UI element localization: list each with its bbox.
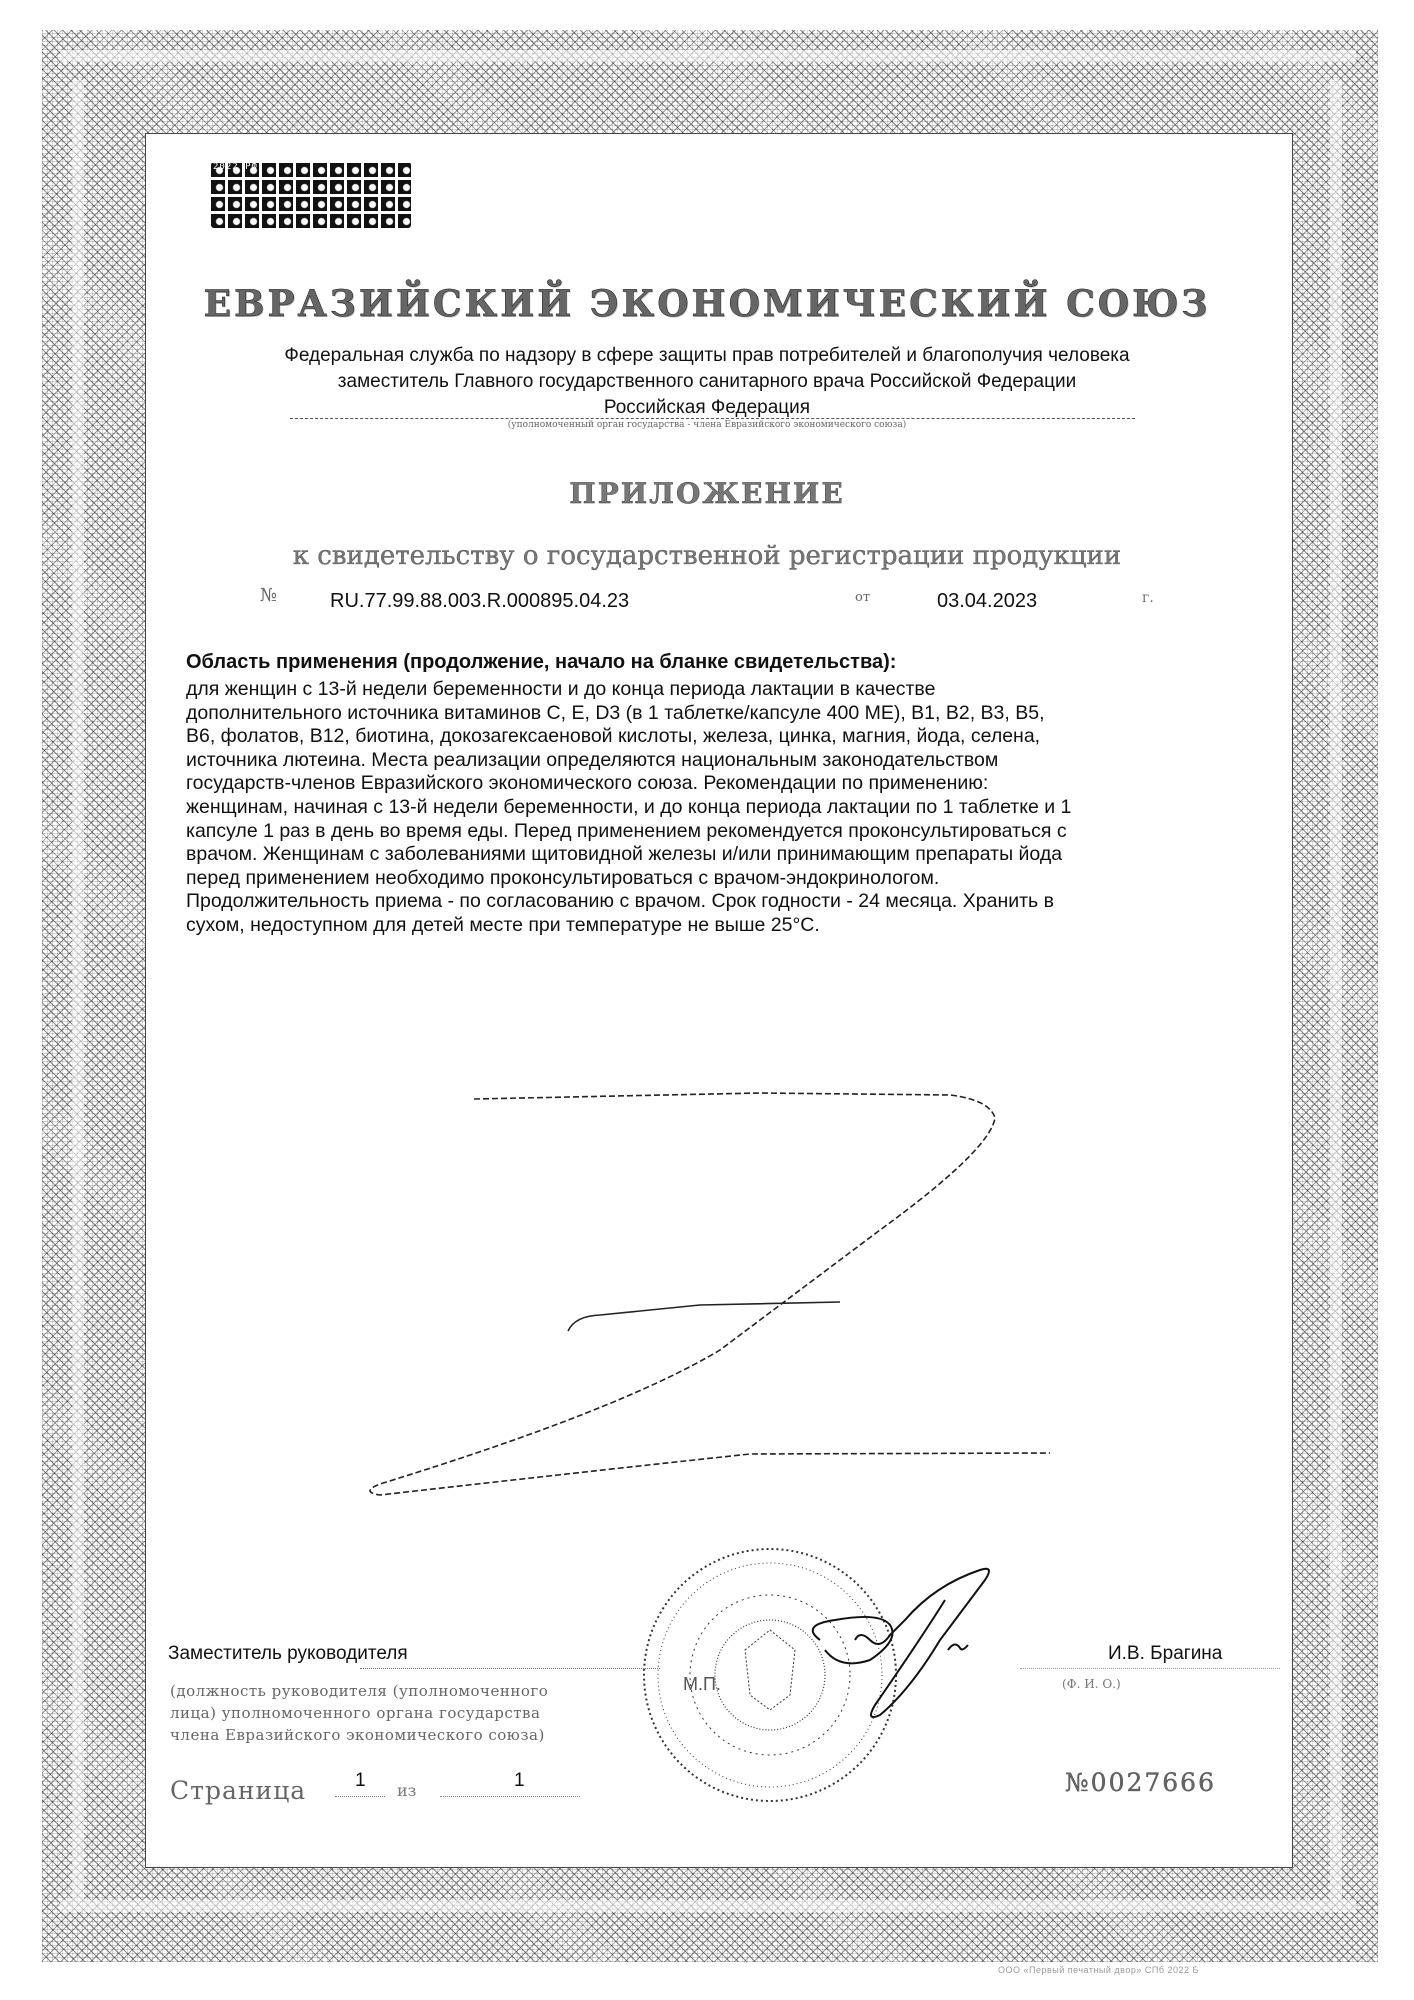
printer-imprint: ООО «Первый печатный двор» СПб 2022 Б [998,1965,1199,1975]
signer-position: Заместитель руководителя [168,1643,408,1665]
form-serial-number: №0027666 [1065,1768,1216,1797]
scope-line: капсуле 1 раз в день во время еды. Перед… [186,820,1266,844]
position-caption-line: члена Евразийского экономического союза) [170,1724,548,1746]
registration-number-label: № [260,585,277,606]
scope-line: перед применением необходимо проконсульт… [186,867,1266,891]
position-caption-line: лица) уполномоченного органа государства [170,1702,548,1724]
agency-name: Федеральная служба по надзору в сфере за… [0,345,1414,367]
scope-line: Продолжительность приема - по согласован… [186,890,1266,914]
year-suffix: г. [1142,590,1154,606]
page-total-underline [440,1796,580,1797]
agency-country: Российская Федерация [0,397,1414,419]
border-band-bottom [60,1900,1356,1912]
document-sheet [145,133,1293,1868]
registration-number: RU.77.99.88.003.R.000895.04.23 [330,590,629,613]
page-current: 1 [355,1770,366,1792]
signer-name: И.В. Брагина [1108,1643,1222,1665]
name-caption: (Ф. И. О.) [1062,1677,1121,1691]
registration-date-label: от [855,590,870,605]
agency-caption: (уполномоченный орган государства - член… [0,420,1414,430]
agency-official: заместитель Главного государственного са… [0,371,1414,393]
agency-underline [290,418,1135,419]
registration-date: 03.04.2023 [937,590,1037,613]
name-underline [1020,1668,1280,1669]
scope-line: В6, фолатов, В12, биотина, докозагексаен… [186,725,1266,749]
scope-line: источника лютеина. Места реализации опре… [186,749,1266,773]
scope-line: врачом. Женщинам с заболеваниями щитовид… [186,843,1266,867]
page-of-label: из [397,1781,416,1800]
page-total: 1 [514,1770,525,1792]
scope-body: для женщин с 13-й недели беременности и … [186,678,1266,938]
page-current-underline [335,1796,385,1797]
scope-line: дополнительного источника витаминов C, E… [186,702,1266,726]
page-label: Страница [170,1776,306,1805]
scope-line: государств-членов Евразийского экономиче… [186,772,1266,796]
scope-line: сухом, недоступном для детей месте при т… [186,914,1266,938]
border-band-top [60,50,1356,62]
position-caption-line: (должность руководителя (уполномоченного [170,1680,548,1702]
scope-line: женщинам, начиная с 13-й недели беременн… [186,796,1266,820]
scope-heading: Область применения (продолжение, начало … [186,651,896,674]
security-code-label: 2022 РФ [213,162,258,172]
signer-underline [360,1668,660,1669]
position-caption: (должность руководителя (уполномоченного… [170,1680,548,1746]
scope-line: для женщин с 13-й недели беременности и … [186,678,1266,702]
appendix-subtitle: к свидетельству о государственной регист… [0,541,1414,571]
union-title: ЕВРАЗИЙСКИЙ ЭКОНОМИЧЕСКИЙ СОЮЗ [0,283,1414,325]
appendix-title: ПРИЛОЖЕНИЕ [0,477,1414,510]
